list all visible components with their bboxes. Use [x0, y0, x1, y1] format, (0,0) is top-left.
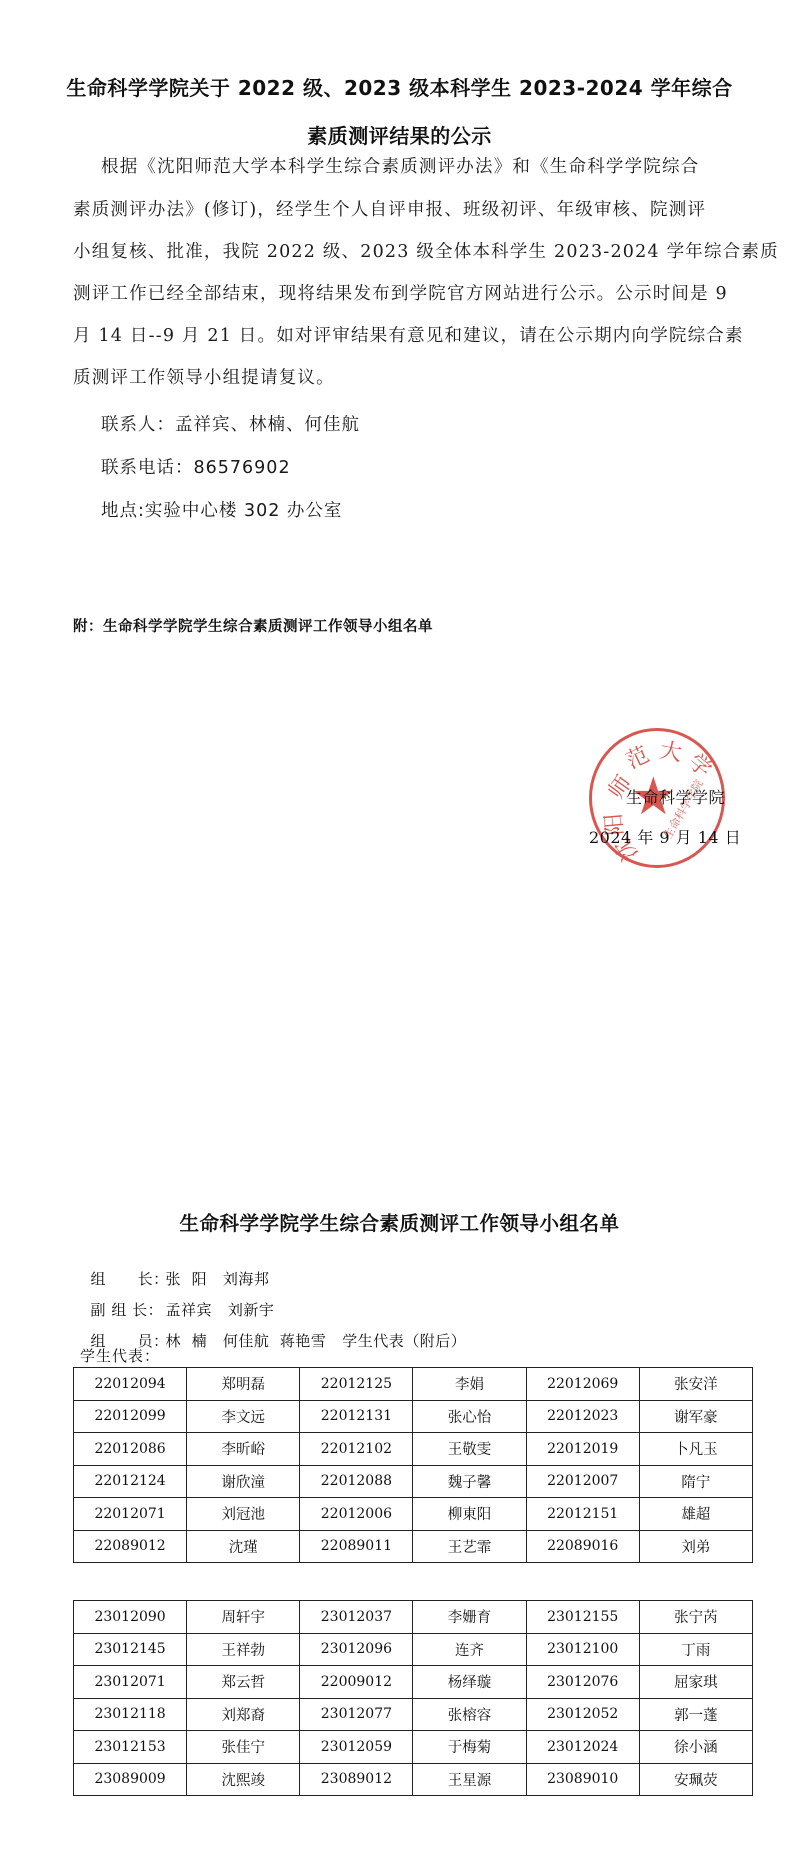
student-id-cell: 23012155	[526, 1601, 639, 1634]
student-name-cell: 柳東阳	[413, 1498, 526, 1531]
body-line: 根据《沈阳师范大学本科学生综合素质测评办法》和《生命科学学院综合	[101, 153, 699, 178]
student-id-cell: 22012099	[74, 1400, 187, 1433]
student-name-cell: 卜凡玉	[639, 1433, 752, 1466]
body-line: 月 14 日--9 月 21 日。如对评审结果有意见和建议，请在公示期内向学院综…	[73, 322, 744, 347]
table-row: 22012094郑明磊22012125李娟22012069张安洋	[74, 1368, 753, 1401]
signature-date: 2024 年 9 月 14 日	[589, 825, 741, 848]
student-id-cell: 22012007	[526, 1465, 639, 1498]
student-id-cell: 23012145	[74, 1633, 187, 1666]
student-name-cell: 王敬雯	[413, 1433, 526, 1466]
student-id-cell: 22089011	[300, 1530, 413, 1563]
student-id-cell: 22012071	[74, 1498, 187, 1531]
body-line: 测评工作已经全部结束，现将结果发布到学院官方网站进行公示。公示时间是 9	[73, 280, 728, 305]
student-name-cell: 杨绎璇	[413, 1666, 526, 1699]
table-row: 22012071刘冠池22012006柳東阳22012151雄超	[74, 1498, 753, 1531]
student-name-cell: 谢军豪	[639, 1400, 752, 1433]
body-line: 质测评工作领导小组提请复议。	[73, 364, 335, 389]
student-id-cell: 22012019	[526, 1433, 639, 1466]
table-row: 22089012沈瑾22089011王艺霏22089016刘弟	[74, 1530, 753, 1563]
student-id-cell: 22012125	[300, 1368, 413, 1401]
student-name-cell: 刘弟	[639, 1530, 752, 1563]
table-row: 23012071郑云哲22009012杨绎璇23012076屈家琪	[74, 1666, 753, 1699]
student-id-cell: 23089010	[526, 1763, 639, 1796]
body-line: 小组复核、批准，我院 2022 级、2023 级全体本科学生 2023-2024…	[73, 238, 779, 263]
table-row: 22012099李文远22012131张心怡22012023谢军豪	[74, 1400, 753, 1433]
student-name-cell: 李姗育	[413, 1601, 526, 1634]
student-id-cell: 22012094	[74, 1368, 187, 1401]
student-name-cell: 徐小涵	[639, 1731, 752, 1764]
table-row: 23089009沈熙竣23089012王星源23089010安珮荧	[74, 1763, 753, 1796]
student-name-cell: 屈家琪	[639, 1666, 752, 1699]
student-name-cell: 刘冠池	[187, 1498, 300, 1531]
student-name-cell: 张佳宁	[187, 1731, 300, 1764]
student-name-cell: 丁雨	[639, 1633, 752, 1666]
table-2022-reps: 22012094郑明磊22012125李娟22012069张安洋22012099…	[73, 1367, 753, 1563]
table-row: 23012153张佳宁23012059于梅菊23012024徐小涵	[74, 1731, 753, 1764]
table-2023-reps: 23012090周轩宇23012037李姗育23012155张宁芮2301214…	[73, 1600, 753, 1796]
student-id-cell: 22012124	[74, 1465, 187, 1498]
student-id-cell: 23012059	[300, 1731, 413, 1764]
seal-char: 学	[683, 746, 720, 784]
student-name-cell: 张心怡	[413, 1400, 526, 1433]
student-id-cell: 23012052	[526, 1698, 639, 1731]
student-id-cell: 22009012	[300, 1666, 413, 1699]
location: 地点:实验中心楼 302 办公室	[101, 497, 342, 522]
student-id-cell: 23012037	[300, 1601, 413, 1634]
student-id-cell: 23012100	[526, 1633, 639, 1666]
signature-org: 生命科学学院	[626, 785, 725, 808]
student-id-cell: 22089012	[74, 1530, 187, 1563]
student-name-cell: 雄超	[639, 1498, 752, 1531]
student-name-cell: 沈熙竣	[187, 1763, 300, 1796]
body-line: 素质测评办法》(修订)，经学生个人自评申报、班级初评、年级审核、院测评	[73, 196, 706, 221]
student-id-cell: 22012088	[300, 1465, 413, 1498]
student-id-cell: 23012076	[526, 1666, 639, 1699]
student-name-cell: 连齐	[413, 1633, 526, 1666]
student-id-cell: 22089016	[526, 1530, 639, 1563]
student-name-cell: 郭一蓬	[639, 1698, 752, 1731]
student-id-cell: 22012006	[300, 1498, 413, 1531]
student-id-cell: 22012151	[526, 1498, 639, 1531]
student-name-cell: 沈瑾	[187, 1530, 300, 1563]
attachment-note: 附：生命科学学院学生综合素质测评工作领导小组名单	[73, 615, 433, 636]
student-id-cell: 23012024	[526, 1731, 639, 1764]
student-name-cell: 王艺霏	[413, 1530, 526, 1563]
student-id-cell: 23012153	[74, 1731, 187, 1764]
table-row: 22012086李昕峪22012102王敬雯22012019卜凡玉	[74, 1433, 753, 1466]
student-id-cell: 23012096	[300, 1633, 413, 1666]
student-id-cell: 23012071	[74, 1666, 187, 1699]
student-name-cell: 周轩宇	[187, 1601, 300, 1634]
student-id-cell: 23012118	[74, 1698, 187, 1731]
student-id-cell: 23089009	[74, 1763, 187, 1796]
student-id-cell: 22012102	[300, 1433, 413, 1466]
student-id-cell: 22012069	[526, 1368, 639, 1401]
student-id-cell: 22012131	[300, 1400, 413, 1433]
student-reps-label: 学生代表：	[80, 1345, 160, 1366]
student-name-cell: 李昕峪	[187, 1433, 300, 1466]
student-name-cell: 王祥勃	[187, 1633, 300, 1666]
student-name-cell: 魏子馨	[413, 1465, 526, 1498]
table-row: 22012124谢欣潼22012088魏子馨22012007隋宁	[74, 1465, 753, 1498]
contact-people: 联系人：孟祥宾、林楠、何佳航	[101, 411, 360, 436]
roster-title: 生命科学学院学生综合素质测评工作领导小组名单	[0, 1208, 799, 1236]
notice-title-line-2: 素质测评结果的公示	[0, 120, 799, 149]
student-name-cell: 张宁芮	[639, 1601, 752, 1634]
student-name-cell: 王星源	[413, 1763, 526, 1796]
student-name-cell: 谢欣潼	[187, 1465, 300, 1498]
student-name-cell: 张榕容	[413, 1698, 526, 1731]
table-row: 23012090周轩宇23012037李姗育23012155张宁芮	[74, 1601, 753, 1634]
student-id-cell: 23012077	[300, 1698, 413, 1731]
role-members: 林 楠 何佳航 蒋艳雪 学生代表（附后）	[166, 1332, 467, 1350]
student-name-cell: 刘郑裔	[187, 1698, 300, 1731]
student-id-cell: 23012090	[74, 1601, 187, 1634]
student-id-cell: 22012023	[526, 1400, 639, 1433]
table-row: 23012118刘郑裔23012077张榕容23012052郭一蓬	[74, 1698, 753, 1731]
seal-char: 大	[657, 733, 684, 767]
notice-title-line-1: 生命科学学院关于 2022 级、2023 级本科学生 2023-2024 学年综…	[0, 72, 799, 101]
student-name-cell: 安珮荧	[639, 1763, 752, 1796]
student-name-cell: 隋宁	[639, 1465, 752, 1498]
student-id-cell: 22012086	[74, 1433, 187, 1466]
student-name-cell: 李文远	[187, 1400, 300, 1433]
student-name-cell: 于梅菊	[413, 1731, 526, 1764]
student-name-cell: 郑明磊	[187, 1368, 300, 1401]
student-name-cell: 李娟	[413, 1368, 526, 1401]
table-row: 23012145王祥勃23012096连齐23012100丁雨	[74, 1633, 753, 1666]
contact-phone: 联系电话：86576902	[101, 454, 291, 479]
student-name-cell: 郑云哲	[187, 1666, 300, 1699]
student-id-cell: 23089012	[300, 1763, 413, 1796]
student-name-cell: 张安洋	[639, 1368, 752, 1401]
